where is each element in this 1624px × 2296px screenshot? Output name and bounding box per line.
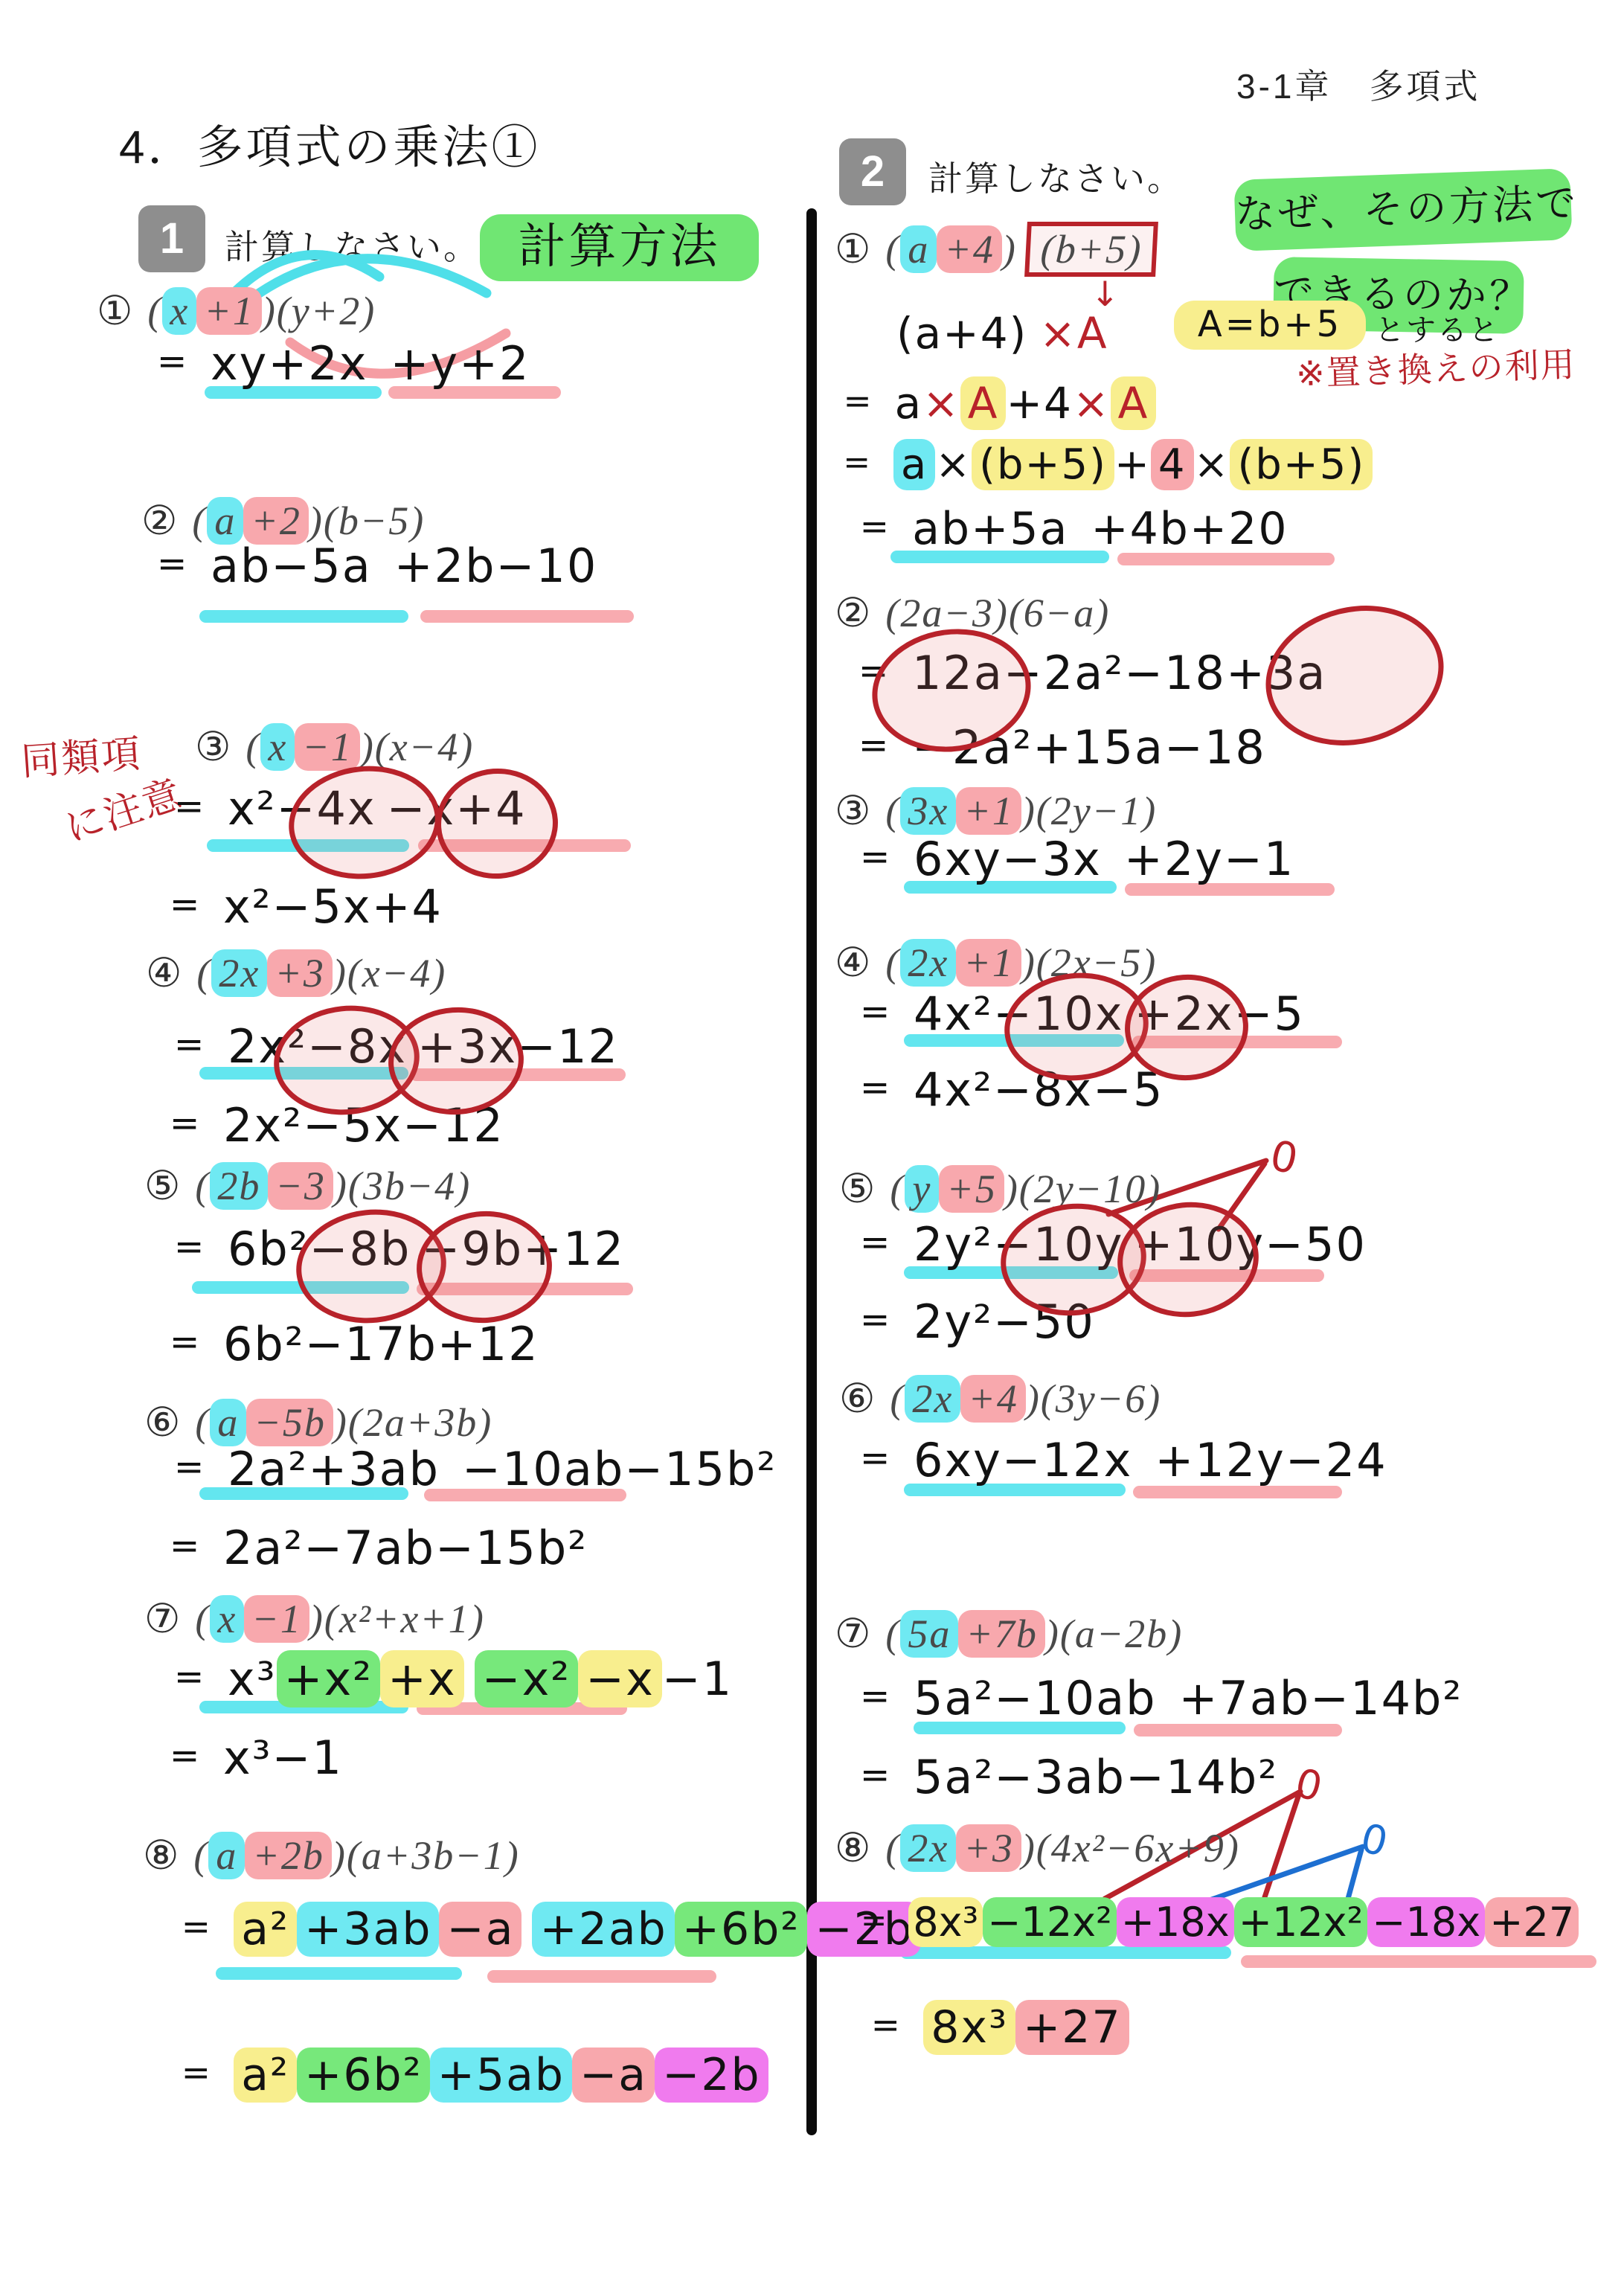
answer-part-cyan: ab−5a xyxy=(211,539,372,593)
term: a xyxy=(895,378,923,429)
paren: ( xyxy=(890,1376,905,1421)
problem-r5-expression: ⑤(y+5)(2y−10) xyxy=(839,1165,1161,1212)
problem-l1-expression: ①(x+1)(y+2) xyxy=(97,287,376,334)
term-highlight-pink: +4 xyxy=(937,225,1001,273)
problem-r1-expression: ①(a+4)(b+5) xyxy=(835,222,1157,277)
term-highlight-pink: +1 xyxy=(956,787,1021,835)
substitution-def: A=b+5 xyxy=(1198,304,1342,345)
answer-part-pink: +2y−1 xyxy=(1124,832,1294,886)
method-note: 計算方法 xyxy=(519,219,721,275)
term-highlight-pink: +2b xyxy=(245,1832,331,1879)
paren: )( xyxy=(309,1597,339,1641)
r1-step-b: =a×(b+5)+4×(b+5) xyxy=(839,440,1373,489)
like-terms-note-line1: 同類項 xyxy=(19,722,144,786)
paren: )( xyxy=(1021,789,1051,833)
problem-l5-expression: ⑤(2b−3)(3b−4) xyxy=(144,1162,471,1209)
term-highlight-pink: −1 xyxy=(244,1595,309,1643)
equals: = xyxy=(858,724,890,766)
section-2-instruction: 計算しなさい。 xyxy=(928,152,1184,201)
term-highlight-green: −x² xyxy=(475,1650,579,1707)
term-highlight-magenta: −2b xyxy=(655,2048,768,2103)
term-highlight-green: +6b² xyxy=(297,2048,430,2103)
paren: ( xyxy=(193,1833,208,1878)
term-highlight-cyan: a xyxy=(893,439,935,490)
answer-l8-step1: =a²+3ab−a+2ab+6b²−2b xyxy=(177,1903,921,1955)
equals: = xyxy=(170,1734,201,1777)
equals: = xyxy=(174,1023,205,1065)
term: (a+4) xyxy=(896,308,1027,359)
problem-l3-expression: ③(x−1)(x−4) xyxy=(195,723,474,770)
paren: )( xyxy=(309,498,338,543)
paren: ( xyxy=(885,1612,900,1656)
answer-part-cyan: 5a²−10ab xyxy=(914,1671,1156,1725)
term: 2y−1 xyxy=(1051,789,1142,833)
equals: = xyxy=(170,1524,201,1567)
paren: ) xyxy=(470,1597,485,1641)
underline-pink xyxy=(1241,1955,1596,1968)
why-note-line1: なぜ、その方法で xyxy=(1234,179,1579,238)
answer-r8-step1: =8x³−12x²+18x+12x²−18x+27 xyxy=(857,1899,1579,1946)
equals: = xyxy=(860,507,890,548)
equals: = xyxy=(170,1321,201,1363)
term-highlight-pink: −a xyxy=(439,1902,521,1957)
answer-r3: =6xy−3x+2y−1 xyxy=(856,832,1294,886)
problem-r8-expression: ⑧(2x+3)(4x²−6x+9) xyxy=(835,1824,1240,1871)
problem-number: ① xyxy=(835,227,872,272)
paren: )( xyxy=(333,951,362,995)
worksheet-page: 3-1章 多項式 4．多項式の乗法① 1 計算しなさい。 計算方法 2 計算しな… xyxy=(0,0,1624,2296)
problem-r2-expression: ②(2a−3)(6−a) xyxy=(835,589,1110,636)
paren: ) xyxy=(1168,1612,1183,1656)
answer-l1: =xy+2x+y+2 xyxy=(153,336,530,391)
answer-part-pink: +4b+20 xyxy=(1091,503,1288,555)
underline-cyan xyxy=(900,1946,1231,1959)
answer-part-pink: +2b−10 xyxy=(394,539,598,593)
term: x²+x+1 xyxy=(339,1597,470,1641)
times-sign-red: × xyxy=(1073,378,1111,429)
answer-part-cyan: 6xy−3x xyxy=(914,832,1102,886)
paren: ( xyxy=(195,1597,210,1641)
term-highlight-yellow: (b+5) xyxy=(1230,439,1373,490)
chapter-header: 3-1章 多項式 xyxy=(1236,60,1480,109)
paren: ) xyxy=(1002,227,1017,272)
term-highlight-cyan: 5a xyxy=(900,1610,958,1658)
problem-r3-expression: ③(3x+1)(2y−1) xyxy=(835,787,1157,834)
answer-l2: =ab−5a+2b−10 xyxy=(153,539,597,593)
problem-number: ③ xyxy=(835,789,872,833)
problem-l7-expression: ⑦(x−1)(x²+x+1) xyxy=(144,1595,485,1642)
term: +4 xyxy=(1006,378,1073,429)
paren: )( xyxy=(1004,1167,1034,1211)
equals: = xyxy=(174,1225,205,1268)
times-A-red: ×A xyxy=(1039,308,1108,359)
times-sign-red: × xyxy=(922,378,960,429)
paren: ( xyxy=(196,951,211,995)
equals: = xyxy=(860,1675,891,1717)
paren: ) xyxy=(361,289,376,333)
term-highlight-yellow: a² xyxy=(234,2048,297,2103)
term: 4x² xyxy=(914,987,993,1041)
paren: ( xyxy=(245,725,260,769)
paren: ( xyxy=(885,1826,900,1870)
answer-r8-final: =8x³+27 xyxy=(867,2001,1129,2053)
paren: ( xyxy=(192,498,207,543)
term-highlight-green: +12x² xyxy=(1234,1897,1368,1947)
term-highlight-magenta: +18x xyxy=(1117,1897,1234,1947)
paren: ( xyxy=(885,789,900,833)
term: −1 xyxy=(662,1652,733,1706)
answer: 5a²−3ab−14b² xyxy=(914,1750,1278,1804)
term: 4x²−6x+9 xyxy=(1051,1826,1225,1870)
problem-l4-expression: ④(2x+3)(x−4) xyxy=(146,949,446,996)
problem-l2-expression: ②(a+2)(b−5) xyxy=(141,497,425,544)
term-highlight-magenta: −18x xyxy=(1367,1897,1485,1947)
term-highlight-cyan: a xyxy=(208,1832,245,1879)
answer: x²−5x+4 xyxy=(223,879,443,934)
equals: = xyxy=(860,836,891,878)
red-circle-annotation xyxy=(1251,587,1458,763)
answer-l6-final: =2a²−7ab−15b² xyxy=(165,1521,588,1575)
term-highlight-yellow: −x xyxy=(578,1650,662,1707)
term-highlight-cyan: x xyxy=(210,1595,244,1643)
answer-l7-step1: =x³+x²+x−x²−x−1 xyxy=(170,1652,733,1706)
problem-number: ④ xyxy=(835,940,872,985)
term: x² xyxy=(228,781,277,836)
answer: 2a²−7ab−15b² xyxy=(223,1521,588,1575)
problem-number: ② xyxy=(141,498,179,543)
underline-pink xyxy=(1133,1486,1342,1498)
equals: = xyxy=(182,1907,212,1948)
underline-pink xyxy=(1134,1724,1342,1737)
paren: ( xyxy=(885,940,900,985)
equals: = xyxy=(174,1655,205,1698)
term-highlight-cyan: x xyxy=(260,723,295,771)
term-highlight-pink: +1 xyxy=(196,287,261,335)
term-highlight-yellow: +x xyxy=(380,1650,464,1707)
answer-r7-final: =5a²−3ab−14b² xyxy=(856,1750,1278,1804)
term-highlight-green: −12x² xyxy=(983,1897,1117,1947)
equals: = xyxy=(157,542,188,585)
problem-number: ③ xyxy=(195,725,232,769)
term-highlight-cyan: 2x xyxy=(900,939,956,987)
term-highlight-pink: +2 xyxy=(243,497,308,545)
problem-number: ⑤ xyxy=(144,1164,182,1208)
problem-r7-expression: ⑦(5a+7b)(a−2b) xyxy=(835,1610,1183,1657)
underline-pink xyxy=(420,610,634,623)
term: 3b−4 xyxy=(363,1164,456,1208)
A-highlight-yellow: A xyxy=(960,376,1007,430)
paren: )( xyxy=(1026,1376,1056,1421)
term-highlight-cyan: 3x xyxy=(900,787,956,835)
term-highlight-pink: +3 xyxy=(956,1824,1021,1872)
term-highlight-pink: +27 xyxy=(1485,1897,1579,1947)
answer-part-pink: −10ab−15b² xyxy=(462,1442,777,1496)
term-highlight-cyan: a xyxy=(210,1399,246,1446)
paren: ( xyxy=(195,1164,210,1208)
term-highlight-cyan: +2ab xyxy=(532,1902,674,1957)
answer: x³−1 xyxy=(223,1731,343,1785)
problem-number: ⑦ xyxy=(144,1597,182,1641)
term-highlight-pink: +3 xyxy=(267,949,332,997)
paren: ) xyxy=(505,1833,520,1878)
paren: ) xyxy=(1142,789,1157,833)
answer-r6: =6xy−12x+12y−24 xyxy=(856,1433,1387,1487)
answer-part-cyan: 6xy−12x xyxy=(914,1433,1132,1487)
term-highlight-cyan: 2b xyxy=(210,1162,268,1210)
answer-part-cyan: 2a²+3ab xyxy=(228,1442,440,1496)
paren: )( xyxy=(333,1164,363,1208)
paren: ( xyxy=(890,1167,905,1211)
term-highlight-pink: −5b xyxy=(246,1399,333,1446)
answer: 6b²−17b+12 xyxy=(223,1317,539,1371)
page-title: 4．多項式の乗法① xyxy=(119,110,540,176)
substitution-red-box: (b+5) xyxy=(1024,222,1158,277)
term-highlight-cyan: a xyxy=(207,497,243,545)
substitution-note: ※置き換えの利用 xyxy=(1295,337,1577,396)
answer-l5-final: =6b²−17b+12 xyxy=(165,1317,539,1371)
problem-number: ② xyxy=(835,591,872,635)
problem-number: ⑤ xyxy=(839,1167,876,1211)
term-highlight-cyan: y xyxy=(905,1165,939,1213)
r1-step-a: =a×A+4×A xyxy=(839,378,1156,429)
paren: ( xyxy=(147,289,162,333)
term-highlight-green: +x² xyxy=(277,1650,381,1707)
paren: )( xyxy=(262,289,292,333)
answer-r7-step1: =5a²−10ab+7ab−14b² xyxy=(856,1671,1463,1725)
term-highlight-cyan: 2x xyxy=(211,949,267,997)
term-highlight-yellow: 8x³ xyxy=(908,1897,983,1947)
problem-r6-expression: ⑥(2x+4)(3y−6) xyxy=(839,1375,1161,1422)
term: −2a²−18 xyxy=(1004,646,1226,700)
underline-pink xyxy=(487,1970,716,1983)
answer-l3-final: =x²−5x+4 xyxy=(165,879,443,934)
equals: = xyxy=(174,785,205,827)
paren: ( xyxy=(195,1400,210,1445)
term: −12 xyxy=(517,1019,619,1074)
answer-r4-final: =4x²−8x−5 xyxy=(856,1062,1164,1117)
term-highlight-green: +6b² xyxy=(675,1902,808,1957)
r1-substitution-step: (a+4)×A xyxy=(896,308,1108,359)
answer-part-cyan: ab+5a xyxy=(912,503,1068,555)
term-highlight-yellow: (b+5) xyxy=(972,439,1114,490)
equals: = xyxy=(860,990,891,1033)
times-sign: × xyxy=(1194,440,1230,489)
term-highlight-pink: −3 xyxy=(268,1162,333,1210)
paren: ) xyxy=(410,498,425,543)
A-highlight-yellow: A xyxy=(1111,376,1157,430)
problem-number: ④ xyxy=(146,951,183,995)
term-highlight-cyan: x xyxy=(162,287,196,335)
equals: = xyxy=(860,1437,891,1479)
term-highlight-yellow: a² xyxy=(234,1902,297,1957)
problem-number: ① xyxy=(97,289,134,333)
term-highlight-pink: −1 xyxy=(295,723,359,771)
answer-part-pink: +7ab−14b² xyxy=(1178,1671,1463,1725)
equals: = xyxy=(860,1221,891,1263)
term: 3y−6 xyxy=(1056,1376,1146,1421)
paren: ) xyxy=(459,725,474,769)
equals: = xyxy=(844,381,873,420)
problem-l6-expression: ⑥(a−5b)(2a+3b) xyxy=(144,1399,492,1446)
paren: )( xyxy=(360,725,390,769)
term: a−2b xyxy=(1075,1612,1168,1656)
underline-cyan xyxy=(216,1967,462,1980)
equals: = xyxy=(860,1754,891,1796)
answer-l7-final: =x³−1 xyxy=(165,1731,343,1785)
equals: = xyxy=(170,1102,201,1144)
equals: = xyxy=(157,340,188,382)
term-highlight-pink: +5 xyxy=(939,1165,1004,1213)
equals: = xyxy=(860,1298,891,1341)
paren: ) xyxy=(1146,1167,1161,1211)
equals: = xyxy=(182,2053,212,2094)
expression: (2a−3)(6−a) xyxy=(885,591,1110,635)
plus-sign: + xyxy=(1114,440,1151,489)
problem-number: ⑧ xyxy=(143,1833,180,1878)
problem-l8-expression: ⑧(a+2b)(a+3b−1) xyxy=(143,1832,520,1879)
column-divider xyxy=(806,208,817,2135)
paren: ) xyxy=(1146,1376,1161,1421)
paren: ) xyxy=(1225,1826,1240,1870)
why-note-line1-highlight: なぜ、その方法で xyxy=(1233,168,1572,251)
section-2-badge: 2 xyxy=(839,138,906,205)
term-highlight-cyan: 2x xyxy=(905,1375,960,1423)
paren: )( xyxy=(1021,1826,1051,1870)
term: a+3b−1 xyxy=(362,1833,505,1878)
answer-part-pink: +y+2 xyxy=(390,336,530,391)
problem-number: ⑥ xyxy=(144,1400,182,1445)
term: x−4 xyxy=(362,951,431,995)
substitution-def-highlight: A=b+5 xyxy=(1174,301,1366,350)
equals: = xyxy=(170,883,201,926)
equals: = xyxy=(174,1446,205,1488)
equals: = xyxy=(871,2005,902,2046)
term: b−5 xyxy=(338,498,410,543)
paren: )( xyxy=(333,1400,363,1445)
paren: ) xyxy=(456,1164,471,1208)
term-highlight-cyan: +3ab xyxy=(297,1902,439,1957)
term: y+2 xyxy=(292,289,361,333)
term-highlight-pink: +1 xyxy=(956,939,1021,987)
underline-cyan xyxy=(199,610,408,623)
problem-number: ⑧ xyxy=(835,1826,872,1870)
term-highlight-pink: −a xyxy=(572,2048,655,2103)
paren: ) xyxy=(431,951,446,995)
term: 2a+3b xyxy=(363,1400,478,1445)
problem-number: ⑥ xyxy=(839,1376,876,1421)
term-highlight-pink: +7b xyxy=(958,1610,1044,1658)
answer-r1: =ab+5a+4b+20 xyxy=(856,503,1288,555)
term-highlight-cyan: a xyxy=(900,225,937,273)
equals: = xyxy=(860,1066,891,1109)
term-highlight-yellow: 8x³ xyxy=(923,2000,1015,2055)
term-highlight-cyan: +5ab xyxy=(430,2048,572,2103)
equals: = xyxy=(843,443,871,481)
answer-part-pink: +12y−24 xyxy=(1155,1433,1387,1487)
paren: )( xyxy=(1045,1612,1075,1656)
term: 2y² xyxy=(914,1217,993,1272)
term-highlight-pink: 4 xyxy=(1151,439,1194,490)
term: x³ xyxy=(228,1652,277,1706)
term-highlight-pink: +4 xyxy=(960,1375,1025,1423)
equals: = xyxy=(861,1902,887,1938)
term: x−4 xyxy=(390,725,459,769)
red-circle-annotation xyxy=(283,759,446,886)
paren: )( xyxy=(332,1833,362,1878)
paren: ) xyxy=(1142,940,1157,985)
times-sign: × xyxy=(935,440,972,489)
answer-part-cyan: xy+2x xyxy=(211,336,368,391)
problem-number: ⑦ xyxy=(835,1612,872,1656)
answer-l8-final: =a²+6b²+5ab−a−2b xyxy=(177,2049,768,2101)
answer-l6-step1: =2a²+3ab−10ab−15b² xyxy=(170,1442,777,1496)
term: −50 xyxy=(1265,1217,1367,1272)
paren: ( xyxy=(885,227,900,272)
term-highlight-pink: +27 xyxy=(1015,2000,1129,2055)
paren: ) xyxy=(478,1400,492,1445)
term-highlight-cyan: 2x xyxy=(900,1824,956,1872)
